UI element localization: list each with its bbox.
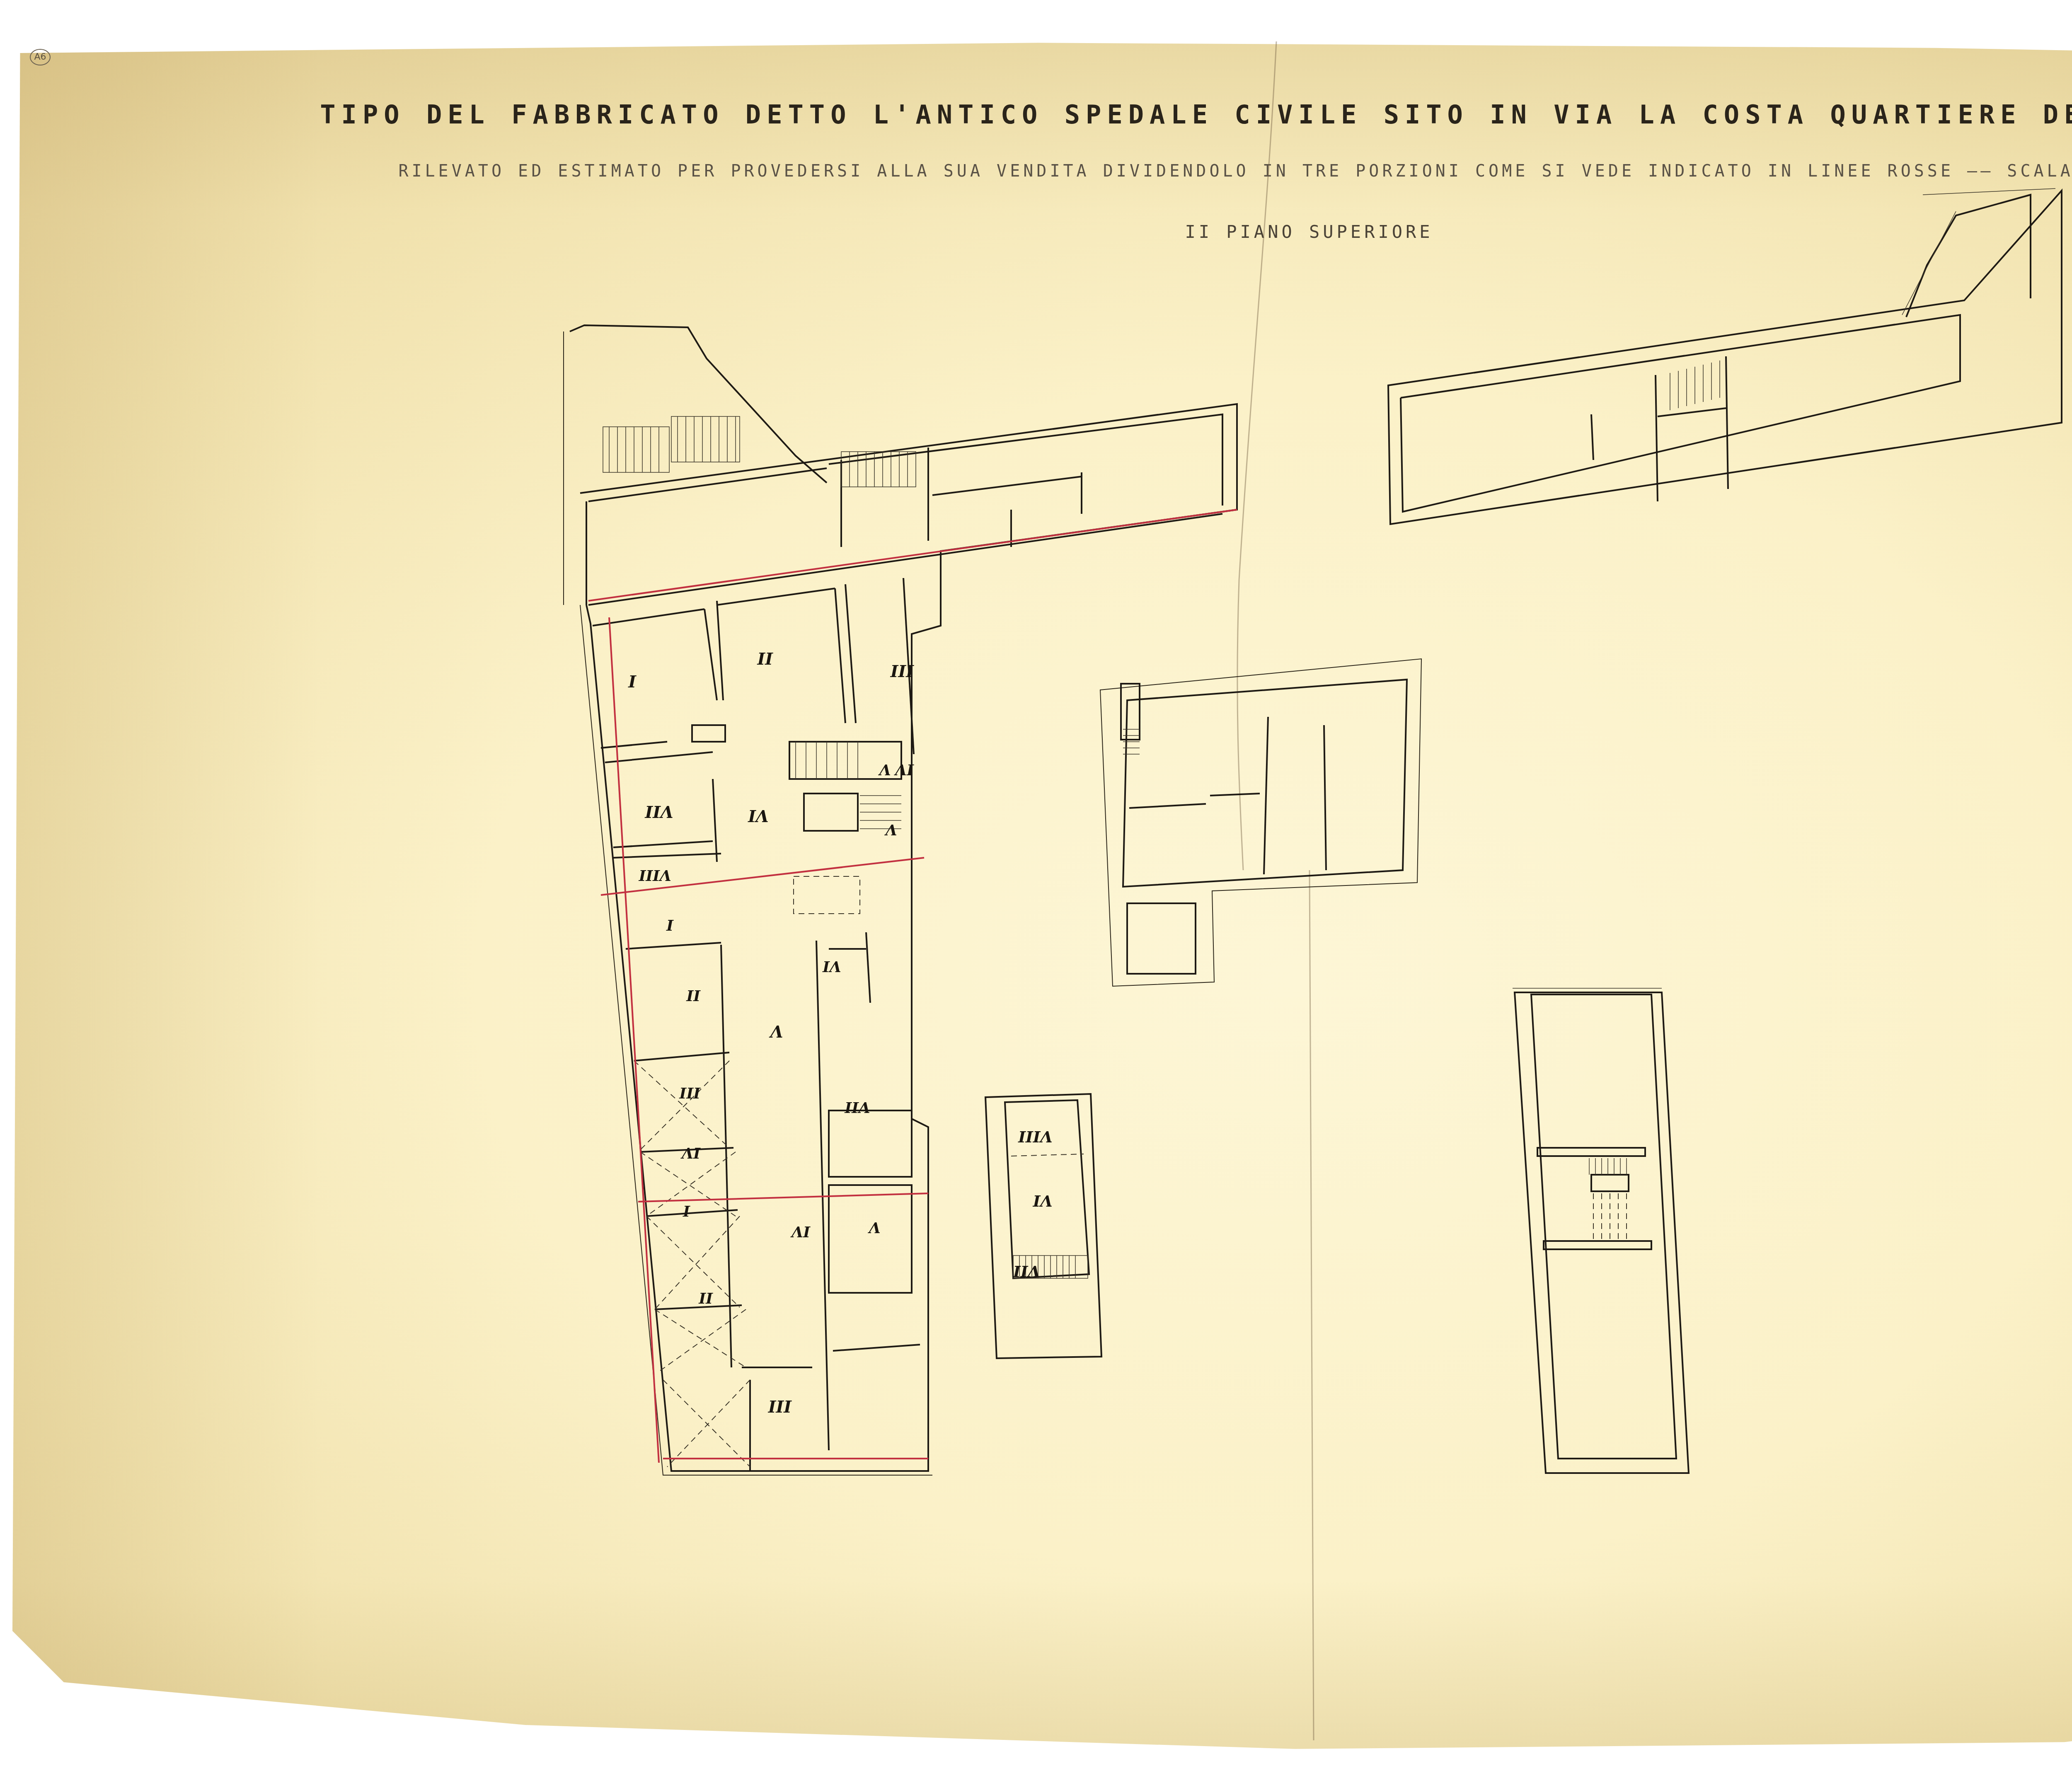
room-label: VI bbox=[748, 806, 769, 825]
room-label: V bbox=[878, 761, 891, 778]
stair-hatching bbox=[603, 416, 916, 487]
room-label: VI bbox=[822, 958, 841, 975]
stair-dashed bbox=[1593, 1193, 1627, 1239]
room-label: V bbox=[769, 1021, 783, 1041]
room-label: VII bbox=[1013, 1262, 1040, 1281]
room-label: IV bbox=[680, 1144, 701, 1161]
floor-plan-drawing: I II III VII VI V IV V VIII I VI II V II… bbox=[0, 0, 2072, 1783]
plan-main-left bbox=[564, 325, 1237, 1475]
room-label: IV bbox=[894, 761, 914, 778]
paper-fold bbox=[1310, 870, 1314, 1740]
room-label: VIII bbox=[638, 866, 671, 884]
room-label: VI bbox=[1033, 1192, 1053, 1210]
room-label: I bbox=[683, 1202, 690, 1219]
room-label: III bbox=[679, 1084, 701, 1101]
stair-hatching bbox=[1670, 360, 1720, 410]
stair-hatching bbox=[796, 742, 901, 829]
room-label: III bbox=[890, 661, 914, 680]
room-label: III bbox=[768, 1396, 792, 1416]
division-lines-red bbox=[588, 510, 1237, 1463]
room-label: I bbox=[628, 671, 637, 691]
room-label: II bbox=[698, 1289, 713, 1306]
plan-lower-right bbox=[1513, 988, 1689, 1473]
plan-upper-right bbox=[1388, 189, 2062, 524]
stair-hatching bbox=[1589, 1158, 1627, 1175]
plan-center bbox=[1100, 659, 1421, 986]
paper-crease bbox=[1237, 41, 1276, 870]
room-label: II bbox=[686, 987, 701, 1004]
room-label: IV bbox=[790, 1223, 811, 1240]
room-label: V bbox=[868, 1219, 881, 1236]
room-label: VII bbox=[644, 802, 673, 821]
room-label: I bbox=[666, 916, 674, 934]
room-label: VIII bbox=[1018, 1127, 1053, 1146]
room-label: V bbox=[884, 821, 897, 838]
room-label: VII bbox=[844, 1098, 870, 1116]
room-label: II bbox=[757, 648, 773, 668]
room-labels-main: I II III VII VI V IV V VIII I VI II V II… bbox=[628, 648, 914, 1416]
room-labels-small-middle: VIII VI VII bbox=[1013, 1127, 1053, 1281]
